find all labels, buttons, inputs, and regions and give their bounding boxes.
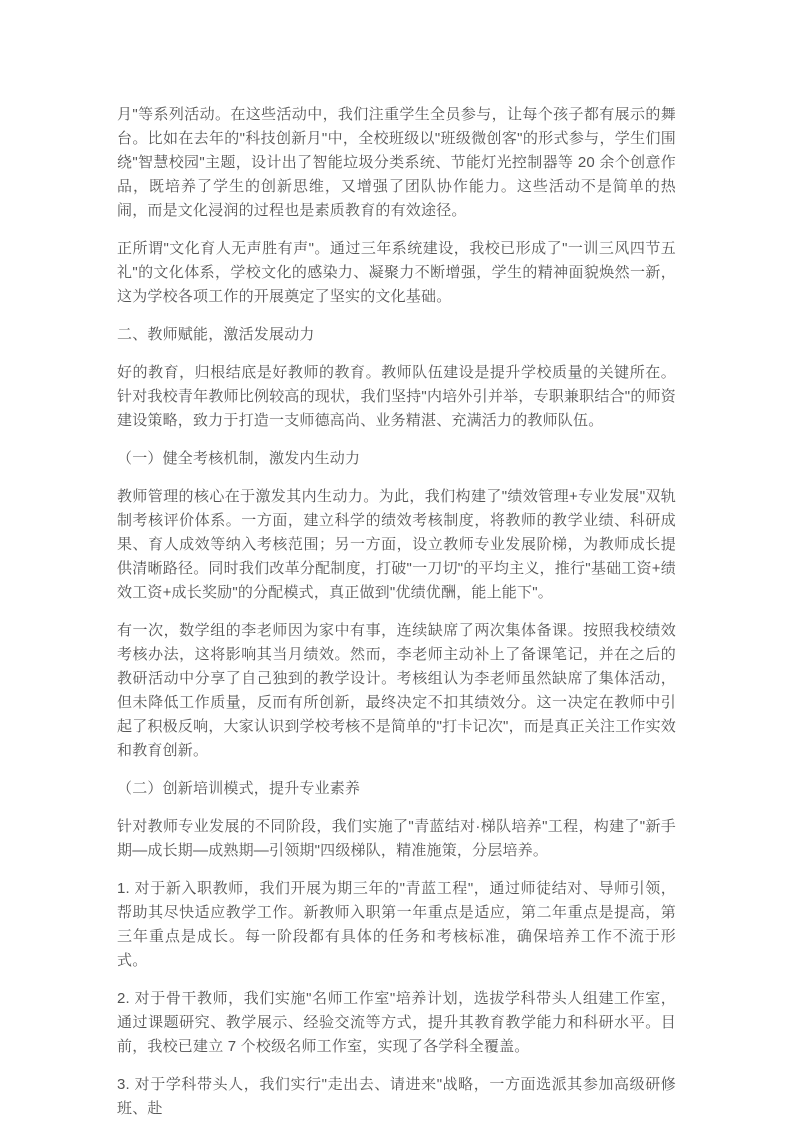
paragraph: 教师管理的核心在于激发其内生动力。为此，我们构建了"绩效管理+专业发展"双轨制考… [117, 485, 676, 605]
section-heading-teacher-empowerment: 二、教师赋能，激活发展动力 [117, 323, 676, 347]
paragraph: 正所谓"文化育人无声胜有声"。通过三年系统建设，我校已形成了"一训三风四节五礼"… [117, 237, 676, 309]
numbered-paragraph-subject-leaders-truncated: 3. 对于学科带头人，我们实行"走出去、请进来"战略，一方面选派其参加高级研修班… [117, 1073, 676, 1121]
paragraph-continued-from-previous-page: 月"等系列活动。在这些活动中，我们注重学生全员参与，让每个孩子都有展示的舞台。比… [117, 103, 676, 223]
paragraph: 有一次，数学组的李老师因为家中有事，连续缺席了两次集体备课。按照我校绩效考核办法… [117, 619, 676, 763]
subsection-heading-assessment-mechanism: （一）健全考核机制，激发内生动力 [117, 447, 676, 471]
document-page: 月"等系列活动。在这些活动中，我们注重学生全员参与，让每个孩子都有展示的舞台。比… [0, 0, 793, 1122]
subsection-heading-training-model: （二）创新培训模式，提升专业素养 [117, 777, 676, 801]
numbered-paragraph-backbone-teachers: 2. 对于骨干教师，我们实施"名师工作室"培养计划，选拔学科带头人组建工作室，通… [117, 987, 676, 1059]
paragraph: 好的教育，归根结底是好教师的教育。教师队伍建设是提升学校质量的关键所在。针对我校… [117, 361, 676, 433]
paragraph: 针对教师专业发展的不同阶段，我们实施了"青蓝结对·梯队培养"工程，构建了"新手期… [117, 815, 676, 863]
numbered-paragraph-new-teachers: 1. 对于新入职教师，我们开展为期三年的"青蓝工程"，通过师徒结对、导师引领，帮… [117, 877, 676, 973]
